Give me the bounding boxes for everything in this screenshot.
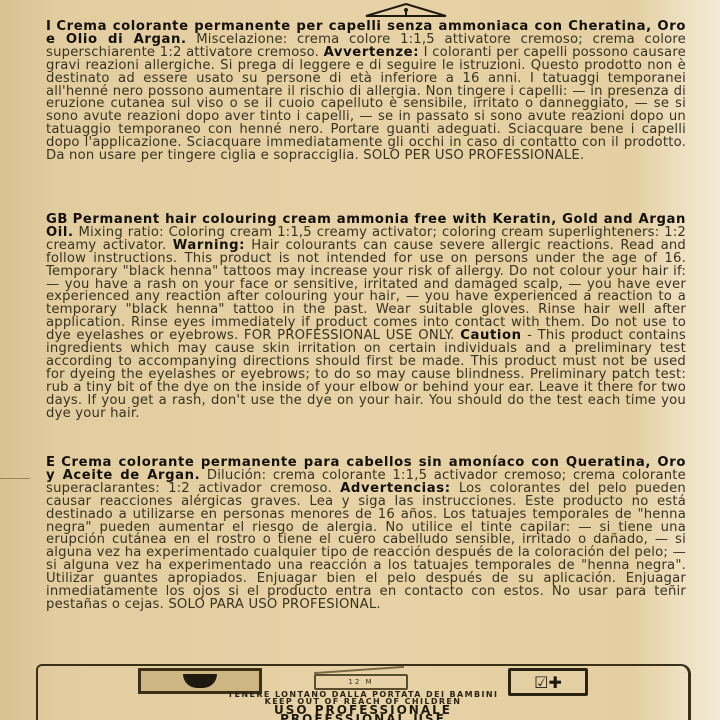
fold-crease xyxy=(0,478,30,479)
professional-use-english: PROFESSIONAL USE xyxy=(38,714,688,720)
section-italian: I Crema colorante permanente per capelli… xyxy=(46,21,686,163)
section-warning-text: I coloranti per capelli possono causare … xyxy=(46,45,686,163)
pao-label: 12 M xyxy=(348,678,373,686)
footer-symbol-box: 12 M ☑✚ TENERE LONTANO DALLA PORTATA DEI… xyxy=(36,664,691,720)
package-panel: I Crema colorante permanente per capelli… xyxy=(46,0,686,720)
hand-icon xyxy=(183,674,217,688)
period-after-opening-icon: 12 M xyxy=(314,674,408,690)
section-caution-text: - This product contains ingredients whic… xyxy=(46,328,686,420)
section-warning-text: Los colorantes del pelo pueden causar re… xyxy=(46,481,686,612)
section-spanish: E Crema colorante permanente para cabell… xyxy=(46,457,686,612)
warning-triangle-icon xyxy=(361,3,451,17)
read-icon-glyph: ☑✚ xyxy=(534,673,562,692)
section-english: GB Permanent hair colouring cream ammoni… xyxy=(46,214,686,421)
